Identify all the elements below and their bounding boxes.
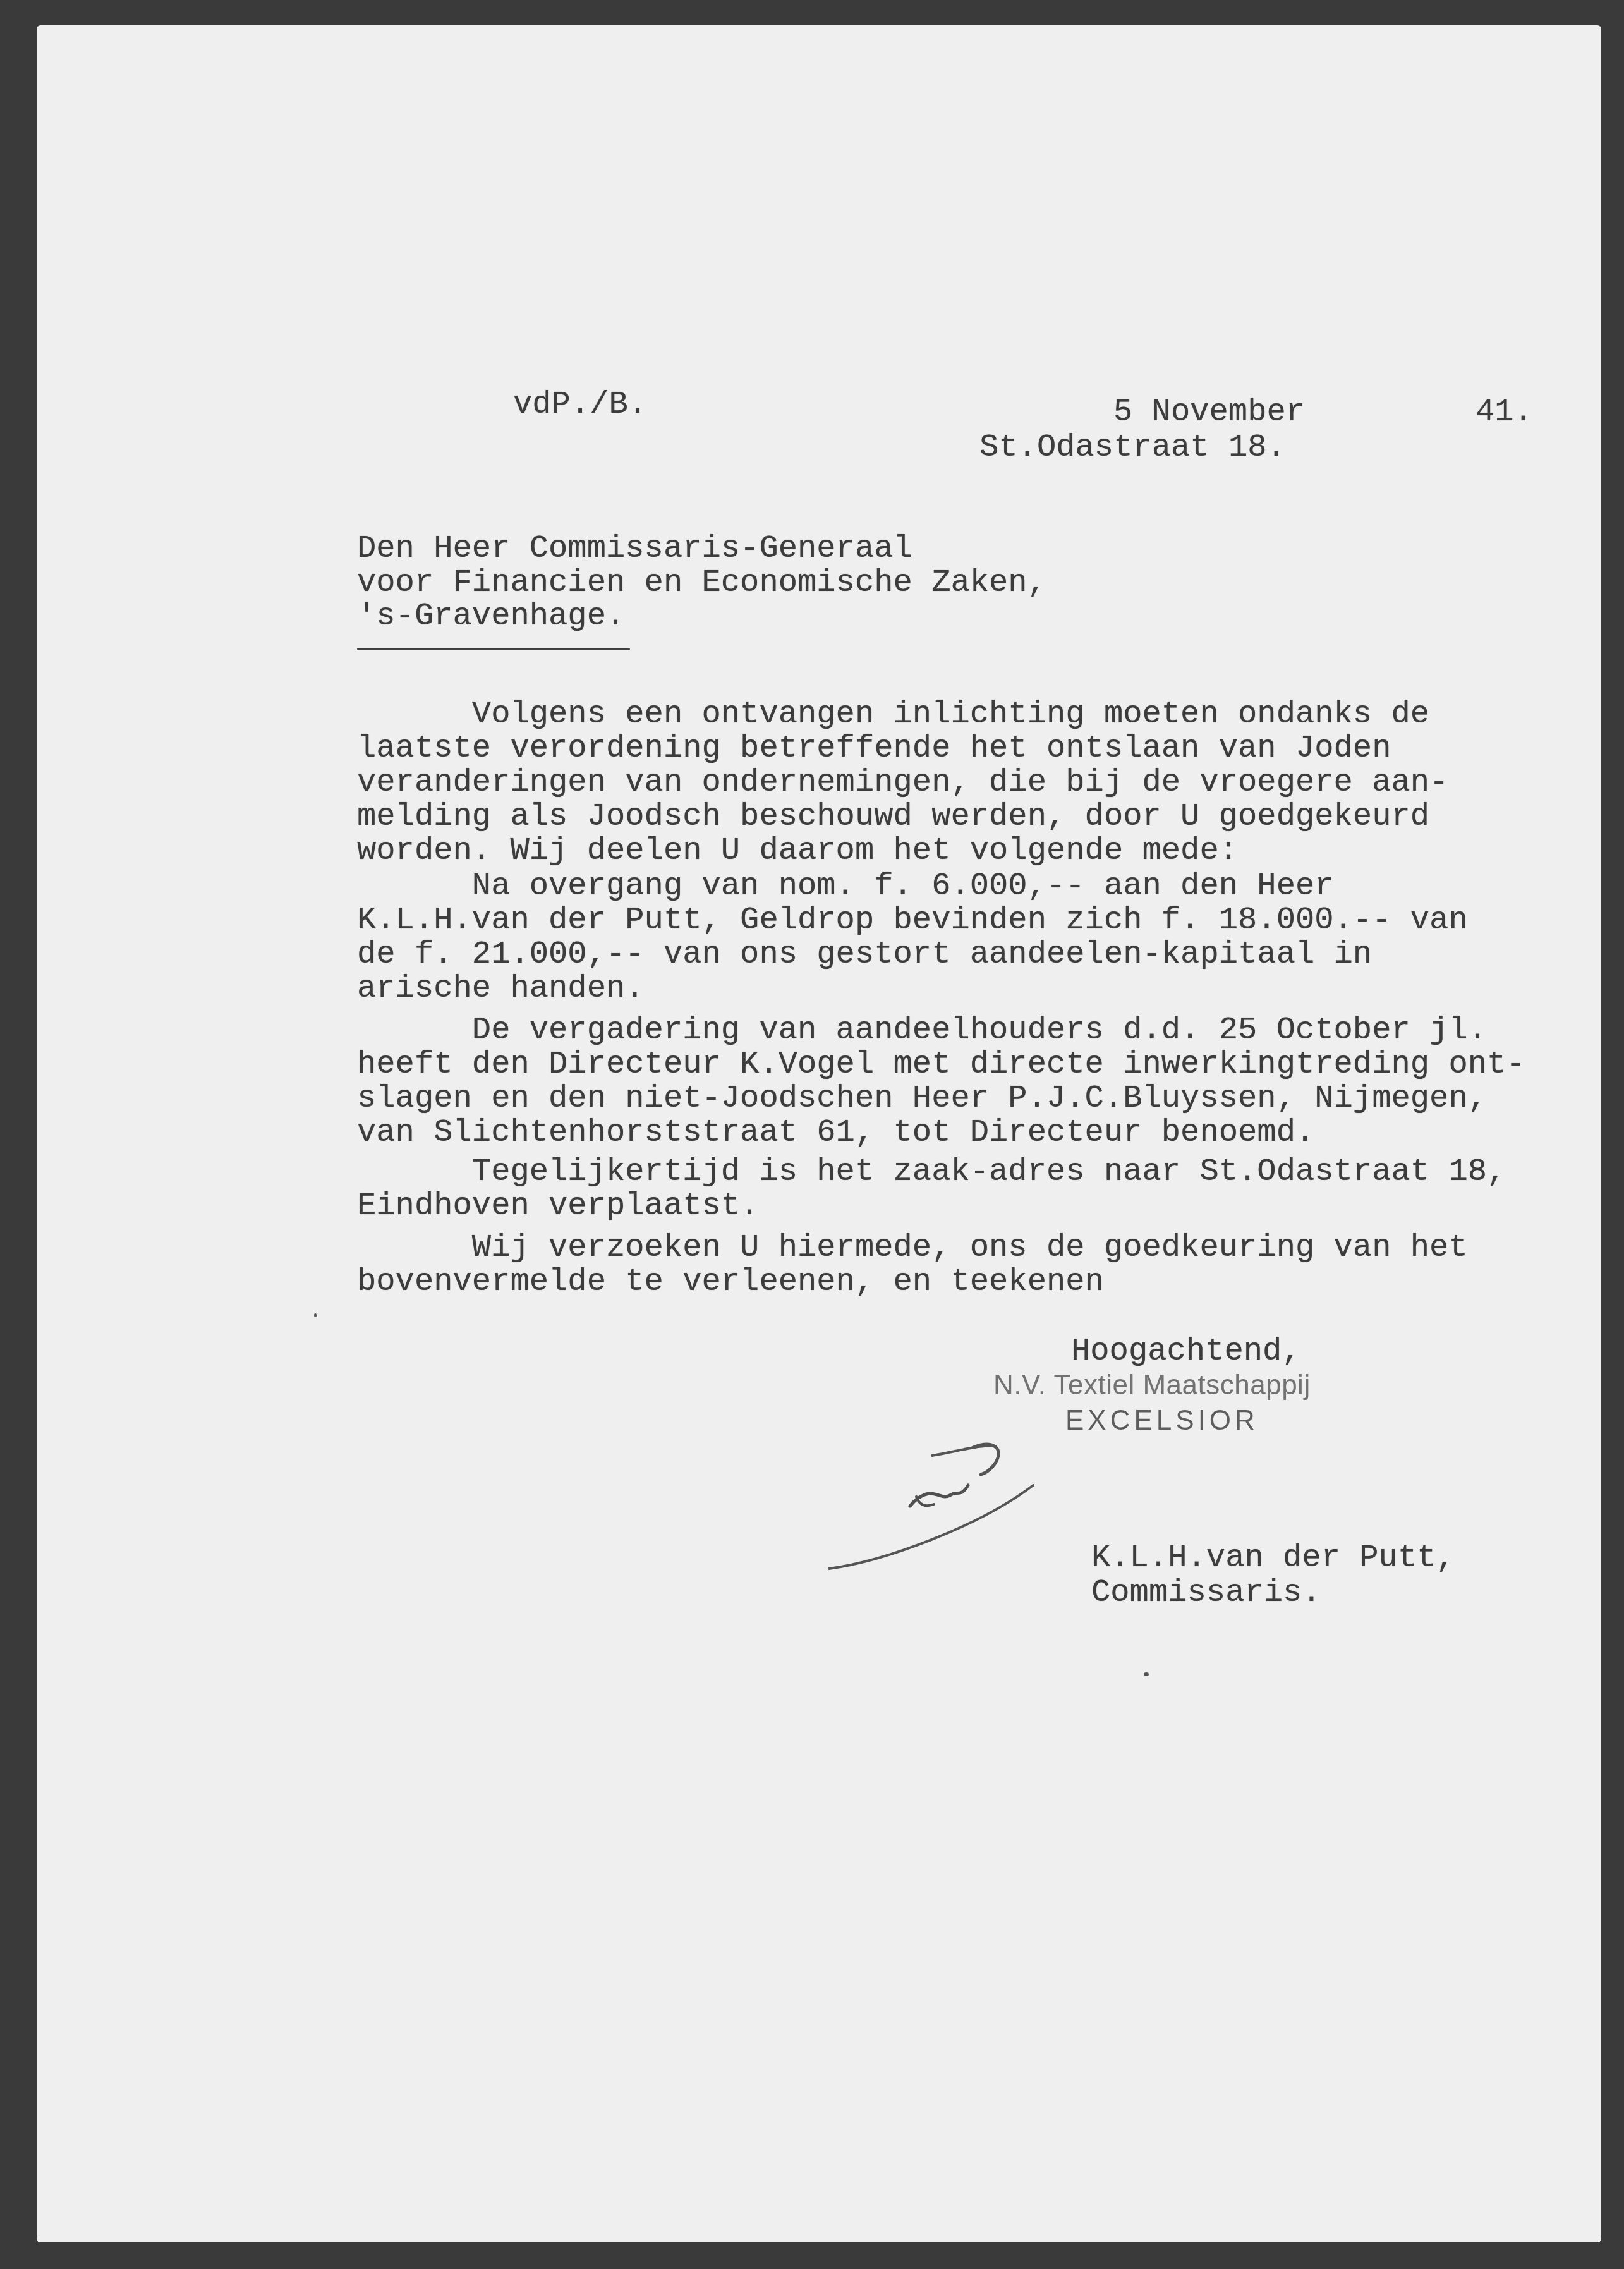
body-line: slagen en den niet-Joodschen Heer P.J.C.… xyxy=(357,1083,1487,1116)
body-line: worden. Wij deelen U daarom het volgende… xyxy=(357,836,1238,868)
body-line: Wij verzoeken U hiermede, ons de goedkeu… xyxy=(357,1232,1468,1265)
body-line: Eindhoven verplaatst. xyxy=(357,1191,759,1223)
body-line: laatste verordening betreffende het onts… xyxy=(357,733,1391,765)
recipient-city: 's-Gravenhage. xyxy=(357,601,625,633)
recipient-city-underline xyxy=(357,648,630,650)
body-line: Volgens een ontvangen inlichting moeten … xyxy=(357,699,1429,731)
body-line: de f. 21.000,-- van ons gestort aandeele… xyxy=(357,939,1372,971)
paper-speck xyxy=(314,1313,317,1317)
body-line: van Slichtenhorststraat 61, tot Directeu… xyxy=(357,1117,1314,1150)
company-stamp-name: EXCELSIOR xyxy=(1065,1407,1259,1435)
sender-address: St.Odastraat 18. xyxy=(979,432,1286,465)
recipient-line-2: voor Financien en Economische Zaken, xyxy=(357,568,1046,600)
body-line: Tegelijkertijd is het zaak-adres naar St… xyxy=(357,1157,1506,1189)
body-line: bovenvermelde te verleenen, en teekenen xyxy=(357,1267,1104,1299)
paper-speck xyxy=(1144,1672,1149,1676)
letter-year: 41. xyxy=(1476,397,1533,429)
signatory-name: K.L.H.van der Putt, xyxy=(1091,1543,1455,1575)
closing-salutation: Hoogachtend, xyxy=(1071,1336,1301,1368)
signatory-title: Commissaris. xyxy=(1091,1578,1321,1610)
recipient-line-1: Den Heer Commissaris-Generaal xyxy=(357,533,912,566)
reference-code: vdP./B. xyxy=(513,389,647,422)
body-line: veranderingen van ondernemingen, die bij… xyxy=(357,767,1448,800)
body-line: K.L.H.van der Putt, Geldrop bevinden zic… xyxy=(357,905,1468,937)
body-line: heeft den Directeur K.Vogel met directe … xyxy=(357,1049,1525,1081)
body-line: arische handen. xyxy=(357,973,645,1006)
letter-date: 5 November xyxy=(1113,397,1305,429)
body-line: Na overgang van nom. f. 6.000,-- aan den… xyxy=(357,871,1334,903)
body-line: De vergadering van aandeelhouders d.d. 2… xyxy=(357,1015,1487,1047)
body-line: melding als Joodsch beschouwd werden, do… xyxy=(357,801,1429,834)
company-stamp-line: N.V. Textiel Maatschappij xyxy=(993,1372,1311,1399)
